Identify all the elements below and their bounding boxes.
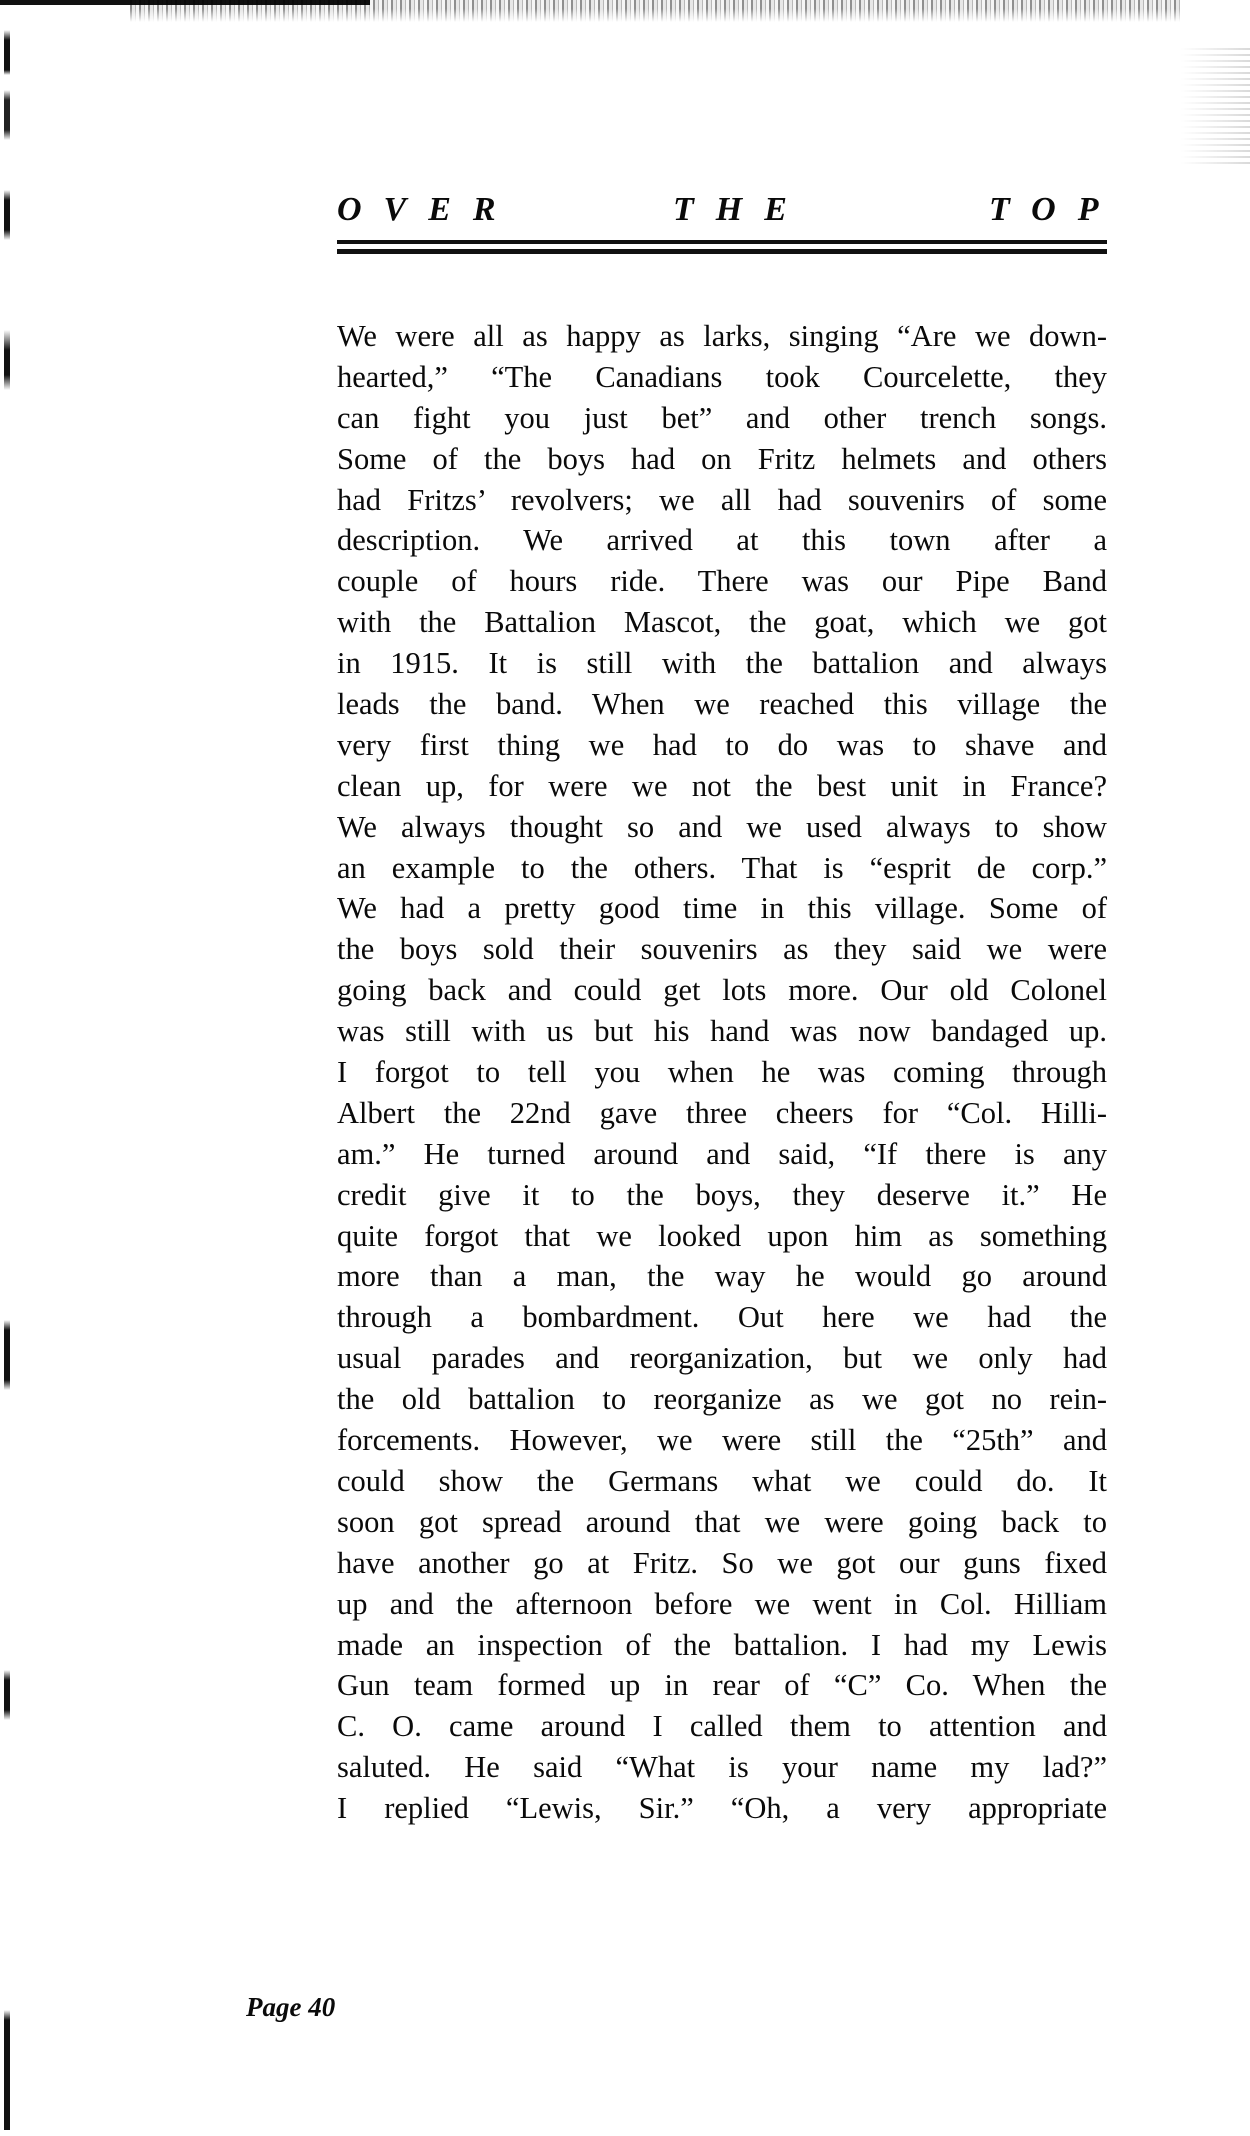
text-line: clean up, for were we not the best unit …: [337, 766, 1107, 807]
header-word-over: OVER: [337, 190, 518, 230]
body-text: We were all as happy as larks, singing “…: [337, 316, 1107, 1829]
text-line: soon got spread around that we were goin…: [337, 1502, 1107, 1543]
text-line: credit give it to the boys, they deserve…: [337, 1175, 1107, 1216]
text-line: description. We arrived at this town aft…: [337, 520, 1107, 561]
text-line: We were all as happy as larks, singing “…: [337, 316, 1107, 357]
text-line: We always thought so and we used always …: [337, 807, 1107, 848]
text-line: am.” He turned around and said, “If ther…: [337, 1134, 1107, 1175]
text-line: in 1915. It is still with the battalion …: [337, 643, 1107, 684]
text-line: the old battalion to reorganize as we go…: [337, 1379, 1107, 1420]
scan-noise-right: [1180, 48, 1250, 168]
text-line: through a bombardment. Out here we had t…: [337, 1297, 1107, 1338]
text-line: Albert the 22nd gave three cheers for “C…: [337, 1093, 1107, 1134]
text-line: more than a man, the way he would go aro…: [337, 1256, 1107, 1297]
header-rule-top: [337, 240, 1107, 244]
text-line: forcements. However, we were still the “…: [337, 1420, 1107, 1461]
text-line: the boys sold their souvenirs as they sa…: [337, 929, 1107, 970]
text-line: up and the afternoon before we went in C…: [337, 1584, 1107, 1625]
text-line: was still with us but his hand was now b…: [337, 1011, 1107, 1052]
header-rule-bottom: [337, 249, 1107, 254]
text-line: made an inspection of the battalion. I h…: [337, 1625, 1107, 1666]
text-line: I forgot to tell you when he was coming …: [337, 1052, 1107, 1093]
text-line: leads the band. When we reached this vil…: [337, 684, 1107, 725]
text-line: saluted. He said “What is your name my l…: [337, 1747, 1107, 1788]
header-word-the: THE: [673, 190, 809, 230]
text-line: quite forgot that we looked upon him as …: [337, 1216, 1107, 1257]
text-line: very first thing we had to do was to sha…: [337, 725, 1107, 766]
text-line: We had a pretty good time in this villag…: [337, 888, 1107, 929]
text-line: with the Battalion Mascot, the goat, whi…: [337, 602, 1107, 643]
running-header: OVER THE TOP: [337, 190, 1107, 230]
text-line: C. O. came around I called them to atten…: [337, 1706, 1107, 1747]
text-line: usual parades and reorganization, but we…: [337, 1338, 1107, 1379]
page-number: Page 40: [246, 1990, 335, 2024]
text-line: I replied “Lewis, Sir.” “Oh, a very appr…: [337, 1788, 1107, 1829]
scan-edge-left: [4, 30, 10, 2130]
scan-noise-top: [130, 0, 1180, 22]
text-line: could show the Germans what we could do.…: [337, 1461, 1107, 1502]
text-line: can fight you just bet” and other trench…: [337, 398, 1107, 439]
text-line: couple of hours ride. There was our Pipe…: [337, 561, 1107, 602]
text-line: an example to the others. That is “espri…: [337, 848, 1107, 889]
text-line: Some of the boys had on Fritz helmets an…: [337, 439, 1107, 480]
text-line: hearted,” “The Canadians took Courcelett…: [337, 357, 1107, 398]
text-line: Gun team formed up in rear of “C” Co. Wh…: [337, 1665, 1107, 1706]
text-line: have another go at Fritz. So we got our …: [337, 1543, 1107, 1584]
header-word-top: TOP: [989, 190, 1120, 230]
text-line: had Fritzs’ revolvers; we all had souven…: [337, 480, 1107, 521]
text-line: going back and could get lots more. Our …: [337, 970, 1107, 1011]
